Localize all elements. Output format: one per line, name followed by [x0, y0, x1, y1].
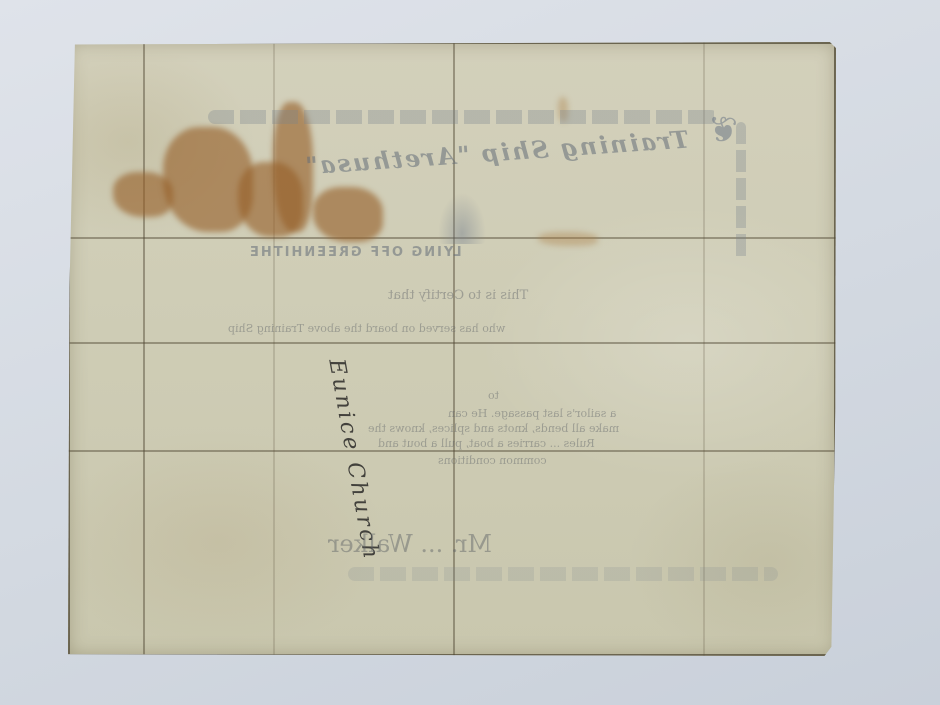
fold-line [68, 450, 836, 452]
chain-border-ornament [208, 110, 718, 124]
water-stain [538, 232, 598, 246]
chain-border-ornament [348, 567, 778, 581]
fold-line [68, 342, 836, 344]
bell-emblem [438, 192, 486, 244]
mirrored-body-line: This is to Certify that [388, 288, 528, 303]
mirrored-subtitle: LYING OFF GREENHITHE [248, 245, 462, 260]
mirrored-body-line: Rules ... carries a boat, pull a bout an… [378, 437, 595, 450]
mirrored-body-line: make all bends, knots and splices, knows… [368, 422, 619, 435]
water-stain [313, 187, 383, 242]
mirrored-body-line: common conditions [438, 454, 547, 467]
fold-line [453, 42, 455, 656]
mirrored-body-line: who has served on board the above Traini… [228, 322, 505, 335]
mirrored-signature: Mr. ... Walker [328, 530, 492, 558]
fold-line [143, 42, 145, 656]
certificate-paper: ❦ Training Ship "Arethusa" LYING OFF GRE… [68, 42, 836, 656]
scroll-corner-ornament: ❦ [708, 110, 738, 151]
mirrored-title: Training Ship "Arethusa" [302, 125, 689, 181]
mirrored-body-line: to [488, 389, 499, 402]
mirrored-body-line: a sailor's last passage. He can [448, 407, 616, 420]
fold-line [703, 42, 705, 656]
